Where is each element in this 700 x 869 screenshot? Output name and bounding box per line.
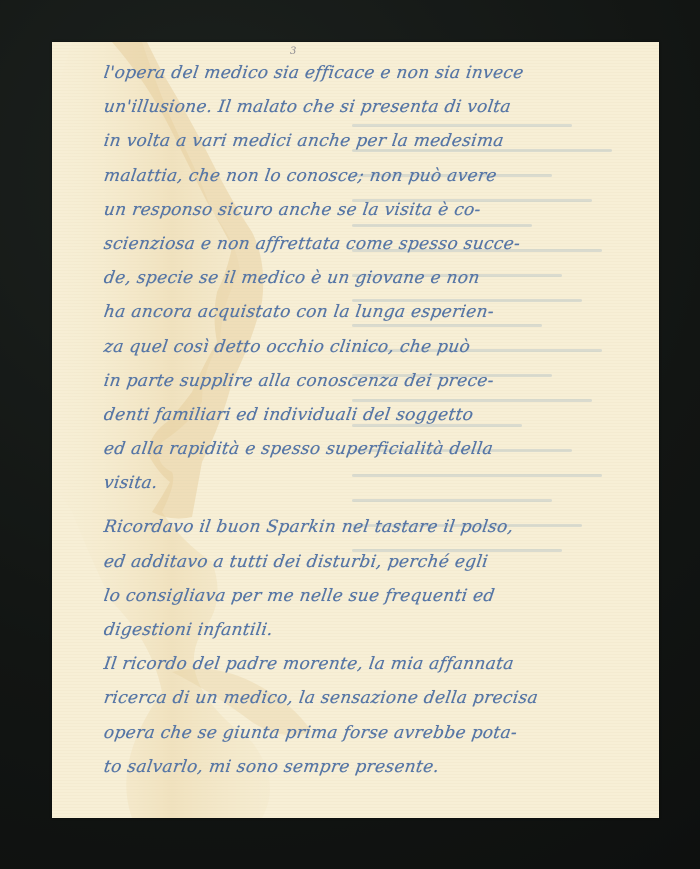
text-line: un'illusione. Il malato che si presenta … xyxy=(102,90,647,124)
handwritten-text: l'opera del medico sia efficace e non si… xyxy=(104,56,644,784)
text-line: visita. xyxy=(102,466,647,500)
text-line: l'opera del medico sia efficace e non si… xyxy=(102,56,647,90)
text-line: opera che se giunta prima forse avrebbe … xyxy=(102,716,647,750)
text-line: in volta a vari medici anche per la mede… xyxy=(102,124,647,158)
text-line: digestioni infantili. xyxy=(102,613,647,647)
text-line: ricerca di un medico, la sensazione dell… xyxy=(102,681,647,715)
text-line: ha ancora acquistato con la lunga esperi… xyxy=(102,295,647,329)
text-line: Il ricordo del padre morente, la mia aff… xyxy=(102,647,647,681)
text-line: ed alla rapidità e spesso superficialità… xyxy=(102,432,647,466)
text-line: ed additavo a tutti dei disturbi, perché… xyxy=(102,545,647,579)
text-line: denti familiari ed individuali del sogge… xyxy=(102,398,647,432)
text-line: malattia, che non lo conosce; non può av… xyxy=(102,159,647,193)
text-line: scienziosa e non affrettata come spesso … xyxy=(102,227,647,261)
text-line: de, specie se il medico è un giovane e n… xyxy=(102,261,647,295)
text-line: un responso sicuro anche se la visita è … xyxy=(102,193,647,227)
text-line: to salvarlo, mi sono sempre presente. xyxy=(102,750,647,784)
text-line: za quel così detto occhio clinico, che p… xyxy=(102,330,647,364)
text-line: lo consigliava per me nelle sue frequent… xyxy=(102,579,647,613)
text-line: in parte supplire alla conoscenza dei pr… xyxy=(102,364,647,398)
manuscript-page: 3 l'opera del medico sia efficace e non … xyxy=(52,42,659,818)
text-line: Ricordavo il buon Sparkin nel tastare il… xyxy=(102,510,647,544)
